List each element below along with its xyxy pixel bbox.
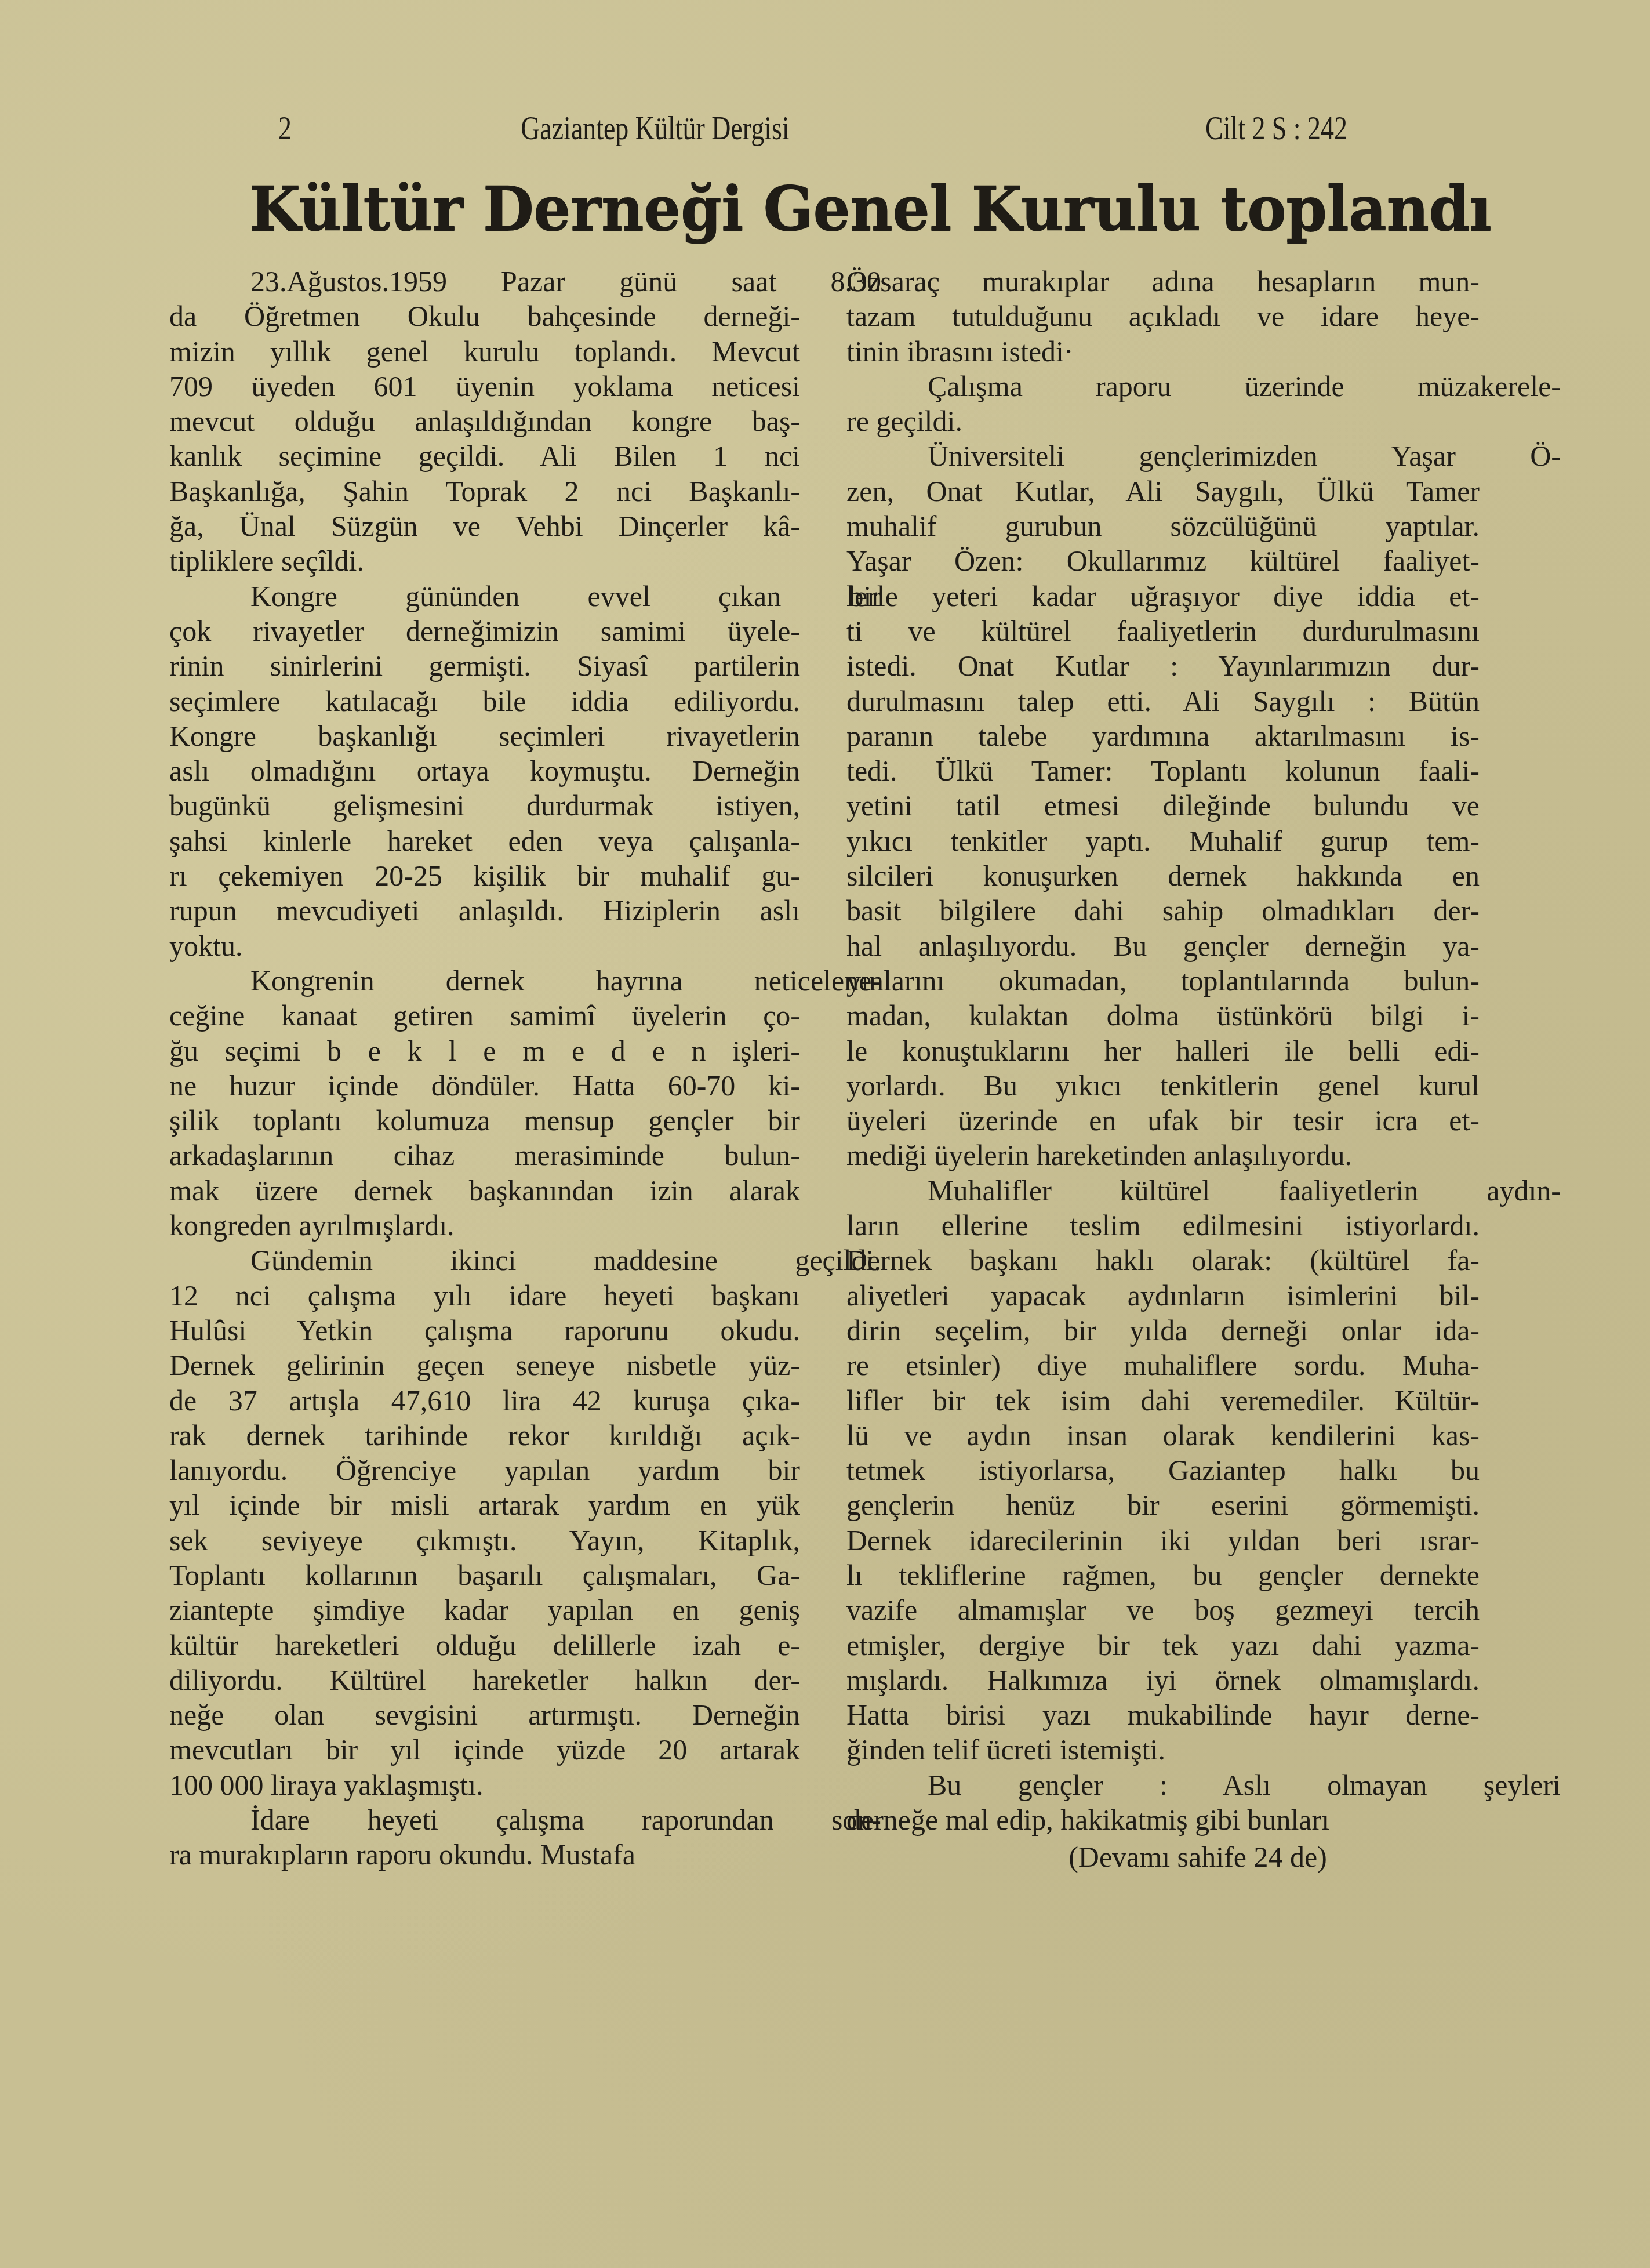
text-line: le konuştuklarını her halleri ile belli … [846,1033,1480,1068]
paragraph: Çalışma raporu üzerinde müzakerele-re ge… [846,369,1480,439]
text-line: arkadaşlarının cihaz merasiminde bulun- [169,1138,800,1173]
text-line: şahsi kinlerle hareket eden veya çalışan… [169,823,800,858]
text-line: silcileri konuşurken dernek hakkında en [846,858,1480,893]
text-line: kanlık seçimine geçildi. Ali Bilen 1 nci [169,438,800,473]
text-line: tinin ibrasını istedi· [846,334,1480,369]
paragraph: İdare heyeti çalışma raporundan son-ra m… [169,1802,800,1873]
text-line: yoktu. [169,928,800,963]
text-line: diliyordu. Kültürel hareketler halkın de… [169,1663,800,1697]
text-line: hal anlaşılıyordu. Bu gençler derneğin y… [846,928,1480,963]
text-line: re etsinler) diye muhaliflere sordu. Muh… [846,1348,1480,1382]
text-line: mevcutları bir yıl içinde yüzde 20 artar… [169,1732,800,1767]
text-line: Muhalifler kültürel faaliyetlerin aydın- [846,1173,1561,1208]
text-line: ne huzur içinde döndüler. Hatta 60-70 ki… [169,1068,800,1103]
text-line: aslı olmadığını ortaya koymuştu. Derneği… [169,753,800,788]
text-line: ra murakıpların raporu okundu. Mustafa [169,1837,800,1872]
text-line: Başkanlığa, Şahin Toprak 2 nci Başkanlı- [169,474,800,509]
text-line: Yaşar Özen: Okullarımız kültürel faaliye… [846,543,1480,578]
issue-number: Cilt 2 S : 242 [1205,110,1347,147]
text-line: Gündemin ikinci maddesine geçildi. [169,1243,881,1278]
text-line: derneğe mal edip, hakikatmiş gibi bunlar… [846,1802,1480,1837]
text-line: Çalışma raporu üzerinde müzakerele- [846,369,1561,404]
text-line: İdare heyeti çalışma raporundan son- [169,1802,881,1837]
text-line: 100 000 liraya yaklaşmıştı. [169,1768,800,1802]
text-line: Hulûsi Yetkin çalışma raporunu okudu. [169,1313,800,1348]
text-line: Özsaraç murakıplar adına hesapların mun- [846,264,1480,299]
text-line: madan, kulaktan dolma üstünkörü bilgi i- [846,998,1480,1033]
text-line: 709 üyeden 601 üyenin yoklama neticesi [169,369,800,404]
text-line: kongreden ayrılmışlardı. [169,1208,800,1243]
text-line: rı çekemiyen 20-25 kişilik bir muhalif g… [169,858,800,893]
text-line: kültür hareketleri olduğu delillerle iza… [169,1628,800,1663]
text-line: yınlarını okumadan, toplantılarında bulu… [846,963,1480,998]
text-line: rupun mevcudiyeti anlaşıldı. Hiziplerin … [169,893,800,928]
text-line: vazife almamışlar ve boş gezmeyi tercih [846,1592,1480,1627]
text-line: durulmasını talep etti. Ali Saygılı : Bü… [846,684,1480,718]
text-line: Kongre başkanlığı seçimleri rivayetlerin [169,718,800,753]
text-line: mizin yıllık genel kurulu toplandı. Mevc… [169,334,800,369]
paragraph: Üniversiteli gençlerimizden Yaşar Ö-zen,… [846,438,1480,1173]
text-line: 23.Ağustos.1959 Pazar günü saat 8.30 [169,264,881,299]
text-line: yetini tatil etmesi dileğinde bulundu ve [846,788,1480,823]
text-line: mak üzere dernek başkanından izin alarak [169,1173,800,1208]
text-line: lifler bir tek isim dahi veremediler. Kü… [846,1383,1480,1418]
text-line: ğu seçimi b e k l e m e d e n işleri- [169,1033,800,1068]
text-line: ların ellerine teslim edilmesini istiyor… [846,1208,1480,1243]
page-number: 2 [278,110,292,147]
text-line: rak dernek tarihinde rekor kırıldığı açı… [169,1418,800,1453]
text-line: dirin seçelim, bir yılda derneği onlar i… [846,1313,1480,1348]
paragraph: Muhalifler kültürel faaliyetlerin aydın-… [846,1173,1480,1768]
text-line: ti ve kültürel faaliyetlerin durdurulmas… [846,614,1480,648]
text-line: mışlardı. Halkımıza iyi örnek olmamışlar… [846,1663,1480,1697]
text-line: zen, Onat Kutlar, Ali Saygılı, Ülkü Tame… [846,474,1480,509]
text-line: 12 nci çalışma yılı idare heyeti başkanı [169,1278,800,1313]
text-line: rinin sinirlerini germişti. Siyasî parti… [169,648,800,683]
text-line: da Öğretmen Okulu bahçesinde derneği- [169,299,800,333]
text-line: ziantepte şimdiye kadar yapılan en geniş [169,1592,800,1627]
text-line: aliyetleri yapacak aydınların isimlerini… [846,1278,1480,1313]
text-line: Hatta birisi yazı mukabilinde hayır dern… [846,1697,1480,1732]
text-line: seçimlere katılacağı bile iddia ediliyor… [169,684,800,718]
text-line: lı tekliflerine rağmen, bu gençler derne… [846,1558,1480,1592]
text-line: ceğine kanaat getiren samimî üyelerin ço… [169,998,800,1033]
text-line: tazam tutulduğunu açıkladı ve idare heye… [846,299,1480,333]
continuation-note: (Devamı sahife 24 de) [846,1839,1480,1874]
text-line: mevcut olduğu anlaşıldığından kongre baş… [169,404,800,438]
text-line: basit bilgilere dahi sahip olmadıkları d… [846,893,1480,928]
magazine-title: Gaziantep Kültür Dergisi [521,110,789,147]
text-line: çok rivayetler derneğimizin samimi üyele… [169,614,800,648]
text-line: de 37 artışla 47,610 lira 42 kuruşa çıka… [169,1383,800,1418]
text-line: Toplantı kollarının başarılı çalışmaları… [169,1558,800,1592]
text-line: ğa, Ünal Süzgün ve Vehbi Dinçerler kâ- [169,509,800,543]
text-line: ğinden telif ücreti istemişti. [846,1732,1480,1767]
text-line: yıl içinde bir misli artarak yardım en y… [169,1487,800,1522]
text-line: istedi. Onat Kutlar : Yayınlarımızın dur… [846,648,1480,683]
text-line: mediği üyelerin hareketinden anlaşılıyor… [846,1138,1480,1173]
text-line: tetmek istiyorlarsa, Gaziantep halkı bu [846,1453,1480,1487]
text-line: yorlardı. Bu yıkıcı tenkitlerin genel ku… [846,1068,1480,1103]
right-column: Özsaraç murakıplar adına hesapların mun-… [846,264,1480,1875]
text-line: Dernek idarecilerinin iki yıldan beri ıs… [846,1523,1480,1558]
text-line: Kongrenin dernek hayrına neticelene- [169,963,881,998]
text-line: gençlerin henüz bir eserini görmemişti. [846,1487,1480,1522]
text-line: Üniversiteli gençlerimizden Yaşar Ö- [846,438,1561,473]
text-line: etmişler, dergiye bir tek yazı dahi yazm… [846,1628,1480,1663]
text-line: paranın talebe yardımına aktarılmasını i… [846,718,1480,753]
text-line: yıkıcı tenkitler yaptı. Muhalif gurup te… [846,823,1480,858]
text-line: lü ve aydın insan olarak kendilerini kas… [846,1418,1480,1453]
text-line: lerle yeteri kadar uğraşıyor diye iddia … [846,579,1480,614]
paragraph: 23.Ağustos.1959 Pazar günü saat 8.30da Ö… [169,264,800,579]
text-line: Dernek gelirinin geçen seneye nisbetle y… [169,1348,800,1382]
left-column: 23.Ağustos.1959 Pazar günü saat 8.30da Ö… [169,264,800,1873]
text-line: Bu gençler : Aslı olmayan şeyleri [846,1768,1561,1802]
text-line: Dernek başkanı haklı olarak: (kültürel f… [846,1243,1480,1278]
text-line: sek seviyeye çıkmıştı. Yayın, Kitaplık, [169,1523,800,1558]
text-line: tipliklere seçîldi. [169,543,800,578]
paragraph: Gündemin ikinci maddesine geçildi.12 nci… [169,1243,800,1802]
text-line: şilik toplantı kolumuza mensup gençler b… [169,1103,800,1138]
paragraph: Özsaraç murakıplar adına hesapların mun-… [846,264,1480,369]
text-line: muhalif gurubun sözcülüğünü yaptılar. [846,509,1480,543]
text-line: lanıyordu. Öğrenciye yapılan yardım bir [169,1453,800,1487]
article-headline: Kültür Derneği Genel Kurulu toplandı [249,168,1386,249]
text-line: neğe olan sevgisini artırmıştı. Derneğin [169,1697,800,1732]
paragraph: Kongrenin dernek hayrına neticelene-ceği… [169,963,800,1243]
running-head: 2 Gaziantep Kültür Dergisi Cilt 2 S : 24… [278,110,1194,157]
paragraph: Kongre gününden evvel çıkan birçok rivay… [169,579,800,963]
text-line: re geçildi. [846,404,1480,438]
text-line: üyeleri üzerinde en ufak bir tesir icra … [846,1103,1480,1138]
text-line: Kongre gününden evvel çıkan bir [169,579,881,614]
text-line: tedi. Ülkü Tamer: Toplantı kolunun faali… [846,753,1480,788]
paragraph: Bu gençler : Aslı olmayan şeyleriderneğe… [846,1768,1480,1838]
text-line: bugünkü gelişmesini durdurmak istiyen, [169,788,800,823]
